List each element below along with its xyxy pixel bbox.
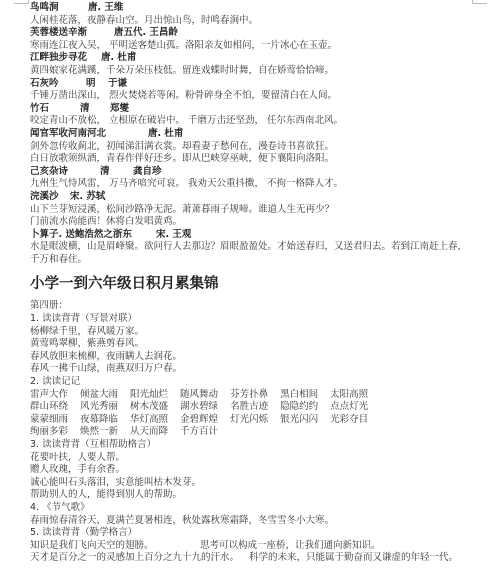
poem-title-row: 江畔独步寻花唐. 杜甫 <box>30 52 470 65</box>
word: 银光闪闪 <box>280 414 318 427</box>
word: 名胜古迹 <box>230 401 268 414</box>
poem-title: 竹石 <box>30 103 80 116</box>
poem-title: 石灰吟 <box>30 78 86 91</box>
word: 雷声大作 <box>30 389 68 402</box>
poem-title-row: 芙蓉楼送辛渐唐五代. 王昌龄 <box>30 27 470 40</box>
poem-line: 水是眼波横，山是眉峰聚。欲问行人去那边？眉眼盈盈处。才始送春归，又送君归去。若到… <box>30 241 470 266</box>
word-row: 绚丽多彩焕然一新从天而降千方百计 <box>30 426 470 439</box>
poem-title: 鸟鸣涧 <box>30 2 88 15</box>
poem-title-row: 卜算子. 送鲍浩然之浙东宋. 王观 <box>30 229 470 242</box>
word: 湖水碧绿 <box>180 401 218 414</box>
item-label: 4. 《节气歌》 <box>30 502 470 515</box>
poem-author: 唐五代. 王昌龄 <box>114 27 178 40</box>
poem-author: 龚自珍 <box>133 166 162 179</box>
maxim: 科学的未来，只能属于勤奋而又谦虚的年轻一代。 <box>249 552 458 563</box>
word: 绚丽多彩 <box>30 426 68 439</box>
word: 光彩夺目 <box>330 414 368 427</box>
item-label: 3. 读读背背（互相帮助格言） <box>30 439 470 452</box>
word: 芬芳扑鼻 <box>230 389 268 402</box>
poem-title: 江畔独步寻花 <box>30 52 101 65</box>
word: 千方百计 <box>180 426 218 439</box>
word: 焕然一新 <box>80 426 118 439</box>
word: 太阳高照 <box>330 389 368 402</box>
poem-line: 咬定青山不放松， 立根原在破岩中。 千磨万击还坚劲， 任尔东西南北风。 <box>30 115 470 128</box>
poem-author: 郑燮 <box>110 103 129 116</box>
poem-title: 己亥杂诗 <box>30 166 100 179</box>
proverb-line: 帮助别人的人，能得到别人的帮助。 <box>30 489 470 502</box>
word-row: 蒙蒙细雨夜幕降临华灯高照金碧辉煌灯光闪烁银光闪闪光彩夺目 <box>30 414 470 427</box>
poem-author: 唐. 王维 <box>88 2 123 15</box>
poem-title-row: 竹石清郑燮 <box>30 103 470 116</box>
word: 隐隐约约 <box>280 401 318 414</box>
poem-author: 于谦 <box>108 78 127 91</box>
poem-title-row: 鸟鸣涧唐. 王维 <box>30 2 470 15</box>
poem-line: 门前流水尚能西！休将白发唱黄鸡。 <box>30 216 470 229</box>
page-corner-mark-right <box>472 0 487 4</box>
poem-title: 卜算子. 送鲍浩然之浙东 <box>30 229 156 242</box>
poem-line: 人闲桂花落，夜静春山空。月出惊山鸟，时鸣春涧中。 <box>30 15 470 28</box>
word: 黑白相间 <box>280 389 318 402</box>
poem-dynasty: 清 <box>100 166 133 179</box>
word: 华灯高照 <box>130 414 168 427</box>
poem-line: 白日放歌须纵酒，青春作伴好还乡。即从巴峡穿巫峡，便下襄阳向洛阳。 <box>30 153 470 166</box>
proverb-line: 诚心能叫石头落泪，实意能叫枯木发芽。 <box>30 477 470 490</box>
poem-line: 千锤万凿出深山， 烈火焚烧若等闲。粉骨碎身全不怕，要留清白在人间。 <box>30 90 470 103</box>
maxim: 知识是我们飞向天空的翅膀。 <box>30 540 200 553</box>
word-row: 雷声大作倾盆大雨阳光灿烂随风舞动芬芳扑鼻黑白相间太阳高照 <box>30 389 470 402</box>
couplet-line: 春风放胆来梳柳，夜雨瞒人去润花。 <box>30 351 470 364</box>
page-corner-mark-left <box>14 0 29 4</box>
item-label: 5. 读读背背（勤学格言） <box>30 527 470 540</box>
word: 阳光灿烂 <box>130 389 168 402</box>
poem-dynasty: 清 <box>80 103 110 116</box>
document-page: 鸟鸣涧唐. 王维 人闲桂花落，夜静春山空。月出惊山鸟，时鸣春涧中。 芙蓉楼送辛渐… <box>30 2 470 565</box>
word: 夜幕降临 <box>80 414 118 427</box>
word: 从天而降 <box>130 426 168 439</box>
couplet-line: 杨柳绿千里，春风暖万家。 <box>30 326 470 339</box>
maxim-row: 天才是百分之一的灵感加上百分之九十九的汗水。科学的未来，只能属于勤奋而又谦虚的年… <box>30 552 470 565</box>
song-line: 春雨惊春清谷天，夏满芒夏暑相连，秋处露秋寒霜降，冬雪雪冬小大寒。 <box>30 515 470 528</box>
poem-title-row: 闻官军收河南河北唐. 杜甫 <box>30 128 470 141</box>
proverb-line: 赠人玫瑰，手有余香。 <box>30 464 470 477</box>
couplet-line: 黄莺鸣翠柳，紫燕剪春风。 <box>30 338 470 351</box>
maxim: 思考可以构成一座桥，让我们通向新知识。 <box>200 540 381 551</box>
proverb-line: 花要叶扶，人要人帮。 <box>30 452 470 465</box>
couplet-line: 春风一拂千山绿，南燕双归万户春。 <box>30 363 470 376</box>
poem-author: 宋. 王观 <box>156 229 191 242</box>
maxim: 天才是百分之一的灵感加上百分之九十九的汗水。 <box>30 552 239 565</box>
item-label: 2. 读读记记 <box>30 376 470 389</box>
word: 金碧辉煌 <box>180 414 218 427</box>
word: 点点灯光 <box>330 401 368 414</box>
poem-line: 剑外忽传收蓟北，初闻涕泪满衣裳。却看妻子愁何在，漫卷诗书喜欲狂。 <box>30 141 470 154</box>
word-row: 群山环绕风光秀丽树木茂盛湖水碧绿名胜古迹隐隐约约点点灯光 <box>30 401 470 414</box>
word: 群山环绕 <box>30 401 68 414</box>
poem-title-row: 石灰吟明于谦 <box>30 78 470 91</box>
word: 灯光闪烁 <box>230 414 268 427</box>
poem-author: 唐. 杜甫 <box>148 128 183 141</box>
poem-title: 闻官军收河南河北 <box>30 128 148 141</box>
poem-author: 宋. 苏轼 <box>70 191 105 204</box>
poem-line: 寒雨连江夜入吴， 平明送客楚山孤。洛阳亲友如相问，一片冰心在玉壶。 <box>30 40 470 53</box>
poem-title-row: 己亥杂诗清龚自珍 <box>30 166 470 179</box>
poem-line: 九州生气恃风雷， 万马齐喑究可哀。 我劝天公重抖擞， 不拘一格降人才。 <box>30 178 470 191</box>
poem-line: 山下兰芽短浸溪，松间沙路净无泥。萧萧暮雨子规啼。谁道人生无再少？ <box>30 204 470 217</box>
item-label: 1. 读读背背（写景对联） <box>30 313 470 326</box>
poem-dynasty: 明 <box>86 78 108 91</box>
word: 倾盆大雨 <box>80 389 118 402</box>
volume-label: 第四册： <box>30 300 470 313</box>
poem-title: 芙蓉楼送辛渐 <box>30 27 114 40</box>
poem-title-row: 浣溪沙宋. 苏轼 <box>30 191 470 204</box>
poem-line: 黄四娘家花满蹊，千朵万朵压枝低。留连戏蝶时时舞，自在娇莺恰恰啼。 <box>30 65 470 78</box>
maxim-row: 知识是我们飞向天空的翅膀。思考可以构成一座桥，让我们通向新知识。 <box>30 540 470 553</box>
word: 风光秀丽 <box>80 401 118 414</box>
word: 树木茂盛 <box>130 401 168 414</box>
poem-author: 唐. 杜甫 <box>101 52 136 65</box>
word: 蒙蒙细雨 <box>30 414 68 427</box>
section-heading: 小学一到六年级日积月累集锦 <box>30 274 470 294</box>
poem-title: 浣溪沙 <box>30 191 70 204</box>
word: 随风舞动 <box>180 389 218 402</box>
